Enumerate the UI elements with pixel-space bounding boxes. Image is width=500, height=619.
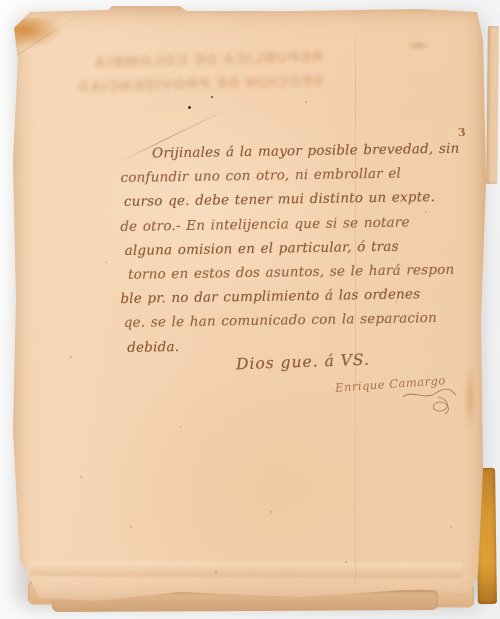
handwritten-text-block: Orijinales á la mayor posible brevedad, …	[118, 140, 483, 363]
photo-background: REPUBLICA DE COLOMBIA SECCION DE PROVIDE…	[0, 0, 500, 619]
signature-rubric-flourish	[402, 387, 458, 417]
manuscript-page: REPUBLICA DE COLOMBIA SECCION DE PROVIDE…	[10, 6, 488, 608]
closing-salutation: Dios gue. á VS.	[236, 351, 370, 374]
under-sheet-right-edge	[486, 26, 499, 184]
ink-spot	[211, 96, 213, 98]
paper-bottom-curl-highlight	[30, 561, 462, 578]
top-edge-stain	[405, 40, 431, 51]
foxing-specks	[10, 6, 12, 8]
bleedthrough-print: REPUBLICA DE COLOMBIA SECCION DE PROVIDE…	[104, 45, 323, 99]
ink-spot	[188, 106, 191, 109]
bleedthrough-line: SECCION DE PROVIDENCIAS	[105, 69, 324, 99]
right-edge-stain	[465, 366, 475, 430]
page-number: 3	[458, 126, 467, 140]
